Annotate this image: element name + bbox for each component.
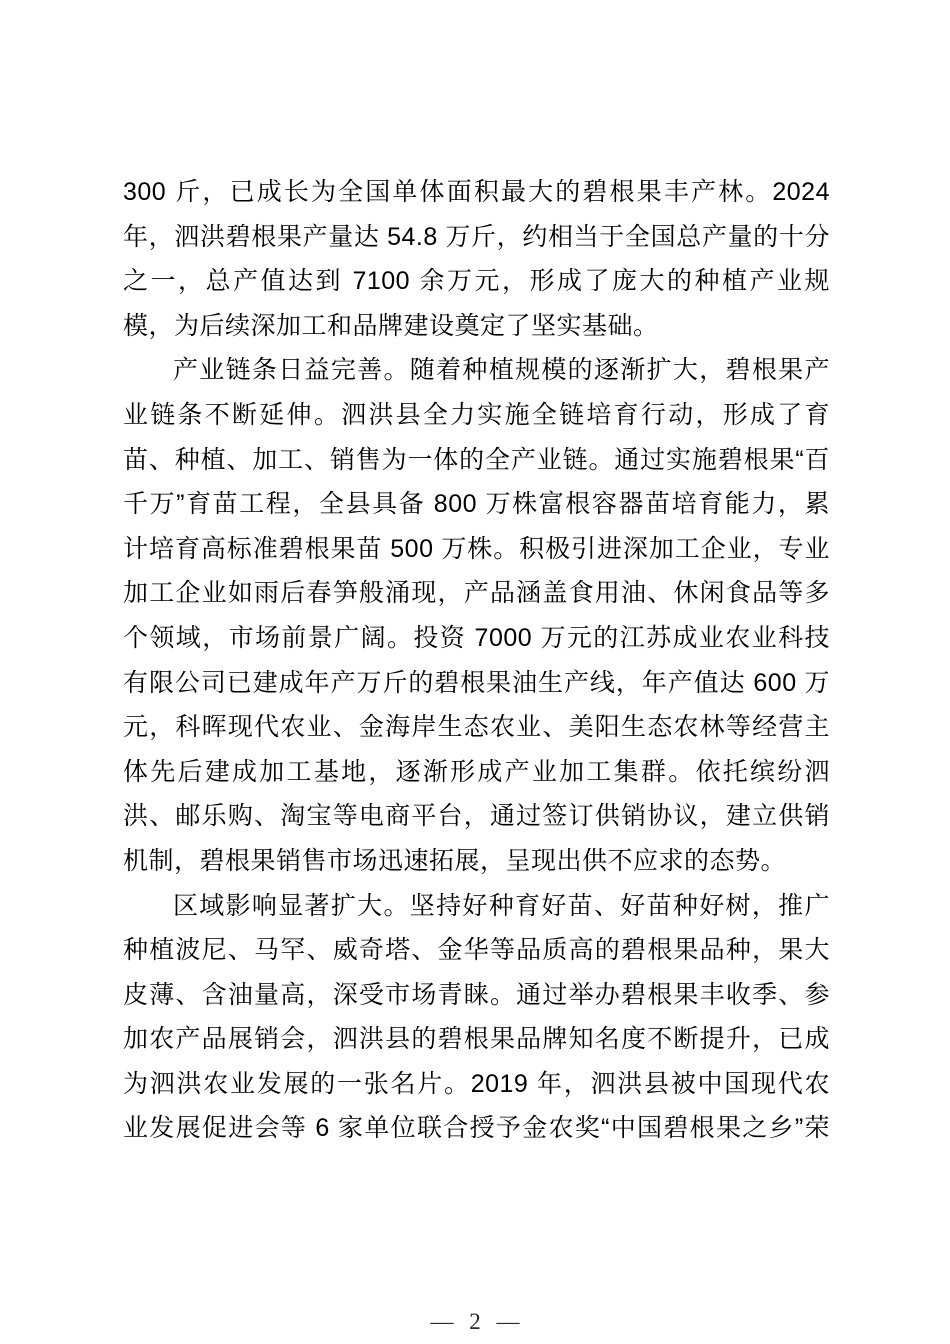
text-line: 计培育高标准碧根果苗 500 万株。积极引进深加工企业，专业 <box>123 527 830 572</box>
text-line: 千万”育苗工程，全县具备 800 万株富根容器苗培育能力，累 <box>123 482 830 527</box>
text-line: 产业链条日益完善。随着种植规模的逐渐扩大，碧根果产 <box>123 348 830 393</box>
text-line: 300 斤，已成长为全国单体面积最大的碧根果丰产林。2024 <box>123 170 830 215</box>
text-line: 皮薄、含油量高，深受市场青睐。通过举办碧根果丰收季、参 <box>123 973 830 1018</box>
text-line: 体先后建成加工基地，逐渐形成产业加工集群。依托缤纷泗 <box>123 750 830 795</box>
text-line: 年，泗洪碧根果产量达 54.8 万斤，约相当于全国总产量的十分 <box>123 215 830 260</box>
text-line: 区域影响显著扩大。坚持好种育好苗、好苗种好树，推广 <box>123 884 830 929</box>
page-number: — 2 — <box>431 1309 520 1334</box>
text-line: 苗、种植、加工、销售为一体的全产业链。通过实施碧根果“百 <box>123 438 830 483</box>
text-line: 加农产品展销会，泗洪县的碧根果品牌知名度不断提升，已成 <box>123 1017 830 1062</box>
text-line: 加工企业如雨后春笋般涌现，产品涵盖食用油、休闲食品等多 <box>123 571 830 616</box>
text-line: 模，为后续深加工和品牌建设奠定了坚实基础。 <box>123 304 830 349</box>
page-footer: — 2 — <box>0 1308 950 1336</box>
text-line: 为泗洪农业发展的一张名片。2019 年，泗洪县被中国现代农 <box>123 1062 830 1107</box>
text-line: 业发展促进会等 6 家单位联合授予金农奖“中国碧根果之乡”荣 <box>123 1106 830 1151</box>
text-line: 机制，碧根果销售市场迅速拓展，呈现出供不应求的态势。 <box>123 839 830 884</box>
document-page: 300 斤，已成长为全国单体面积最大的碧根果丰产林。2024年，泗洪碧根果产量达… <box>0 0 950 1344</box>
text-line: 业链条不断延伸。泗洪县全力实施全链培育行动，形成了育 <box>123 393 830 438</box>
document-body: 300 斤，已成长为全国单体面积最大的碧根果丰产林。2024年，泗洪碧根果产量达… <box>123 170 830 1151</box>
text-line: 元，科晖现代农业、金海岸生态农业、美阳生态农林等经营主 <box>123 705 830 750</box>
text-line: 洪、邮乐购、淘宝等电商平台，通过签订供销协议，建立供销 <box>123 794 830 839</box>
text-line: 有限公司已建成年产万斤的碧根果油生产线，年产值达 600 万 <box>123 661 830 706</box>
text-line: 之一，总产值达到 7100 余万元，形成了庞大的种植产业规 <box>123 259 830 304</box>
text-line: 种植波尼、马罕、威奇塔、金华等品质高的碧根果品种，果大 <box>123 928 830 973</box>
text-line: 个领域，市场前景广阔。投资 7000 万元的江苏成业农业科技 <box>123 616 830 661</box>
